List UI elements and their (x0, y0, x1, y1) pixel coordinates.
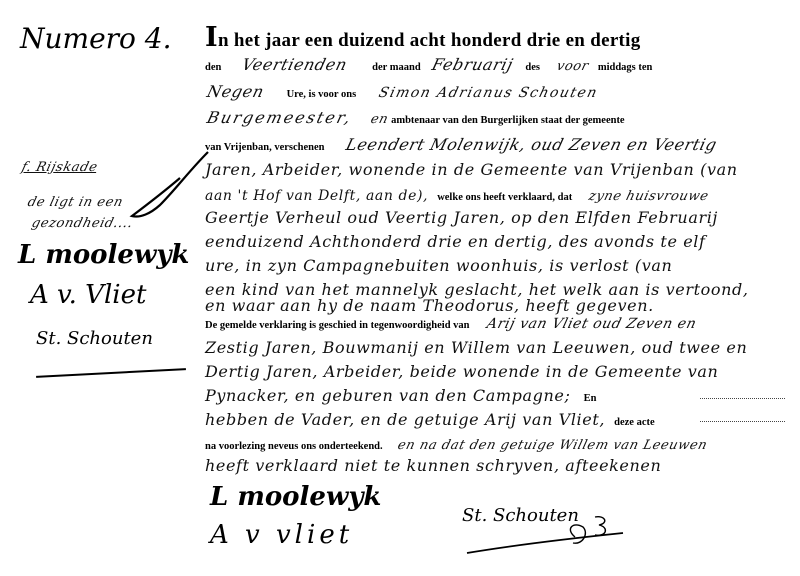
margin-annotation-line-2: gezondheid.... (30, 216, 135, 231)
body-line-17: na voorlezing neveus ons onderteekend. e… (205, 434, 705, 453)
margin-number-label: Numero 4. (20, 22, 172, 55)
body-line-1: den Veertienden der maand Februarij des … (205, 55, 652, 74)
body-line-18: heeft verklaard niet te kunnen schryven,… (205, 456, 661, 475)
print-ambtenaar: ambtenaar van den Burgerlijken staat der… (391, 115, 625, 126)
body-line-14: Dertig Jaren, Arbeider, beide wonende in… (205, 362, 718, 381)
title-initial: I (205, 22, 218, 53)
body-line-4: van Vrijenban, verschenen Leendert Molen… (205, 135, 714, 154)
body-line-2: Negen Ure, is voor ons Simon Adrianus Sc… (205, 82, 596, 101)
fill-dots-2 (700, 421, 785, 422)
hand-burgemeester: Burgemeester, (205, 108, 354, 127)
hand-signers: hebben de Vader, en de getuige Arij van … (205, 410, 605, 429)
bottom-signature-father: L moolewyk (210, 482, 381, 512)
margin-signature-2: A v. Vliet (30, 280, 146, 310)
body-line-15: Pynacker, en geburen van den Campagne; E… (205, 386, 596, 405)
print-middags: middags ten (598, 62, 653, 73)
margin-signature-1: L moolewyk (18, 240, 189, 270)
body-line-3: Burgemeester, en ambtenaar van den Burge… (205, 108, 625, 127)
body-line-5: Jaren, Arbeider, wonende in de Gemeente … (205, 160, 738, 179)
margin-brace-stroke (120, 150, 210, 230)
body-line-12: De gemelde verklaring is geschied in teg… (205, 313, 694, 332)
hand-birth-date: eenduizend Achthonderd drie en dertig, d… (205, 232, 706, 251)
hand-witness-residence: Dertig Jaren, Arbeider, beide wonende in… (205, 362, 718, 381)
print-ure: Ure, is voor ons (287, 89, 357, 100)
hand-father-details: Jaren, Arbeider, wonende in de Gemeente … (205, 160, 738, 179)
hand-voor: voor (555, 59, 590, 74)
hand-pynacker: Pynacker, en geburen van den Campagne; (205, 386, 570, 405)
hand-witness-2: Zestig Jaren, Bouwmanij en Willem van Le… (205, 338, 747, 357)
hand-official-name: Simon Adrianus Schouten (377, 85, 600, 101)
print-deze-acte: deze acte (614, 417, 655, 428)
margin-signature-3: St. Schouten (36, 328, 153, 349)
hand-witness-note: en na dat den getuige Willem van Leeuwen (396, 438, 709, 453)
hand-day: Veertienden (240, 55, 349, 74)
print-en: En (584, 393, 597, 404)
hand-mother: Geertje Verheul oud Veertig Jaren, op de… (205, 208, 718, 227)
print-verklaring: De gemelde verklaring is geschied in teg… (205, 320, 470, 331)
body-line-16: hebben de Vader, en de getuige Arij van … (205, 410, 655, 429)
body-line-13: Zestig Jaren, Bouwmanij en Willem van Le… (205, 338, 747, 357)
hand-witness-1: Arij van Vliet oud Zeven en (485, 316, 698, 332)
print-voorlezing: na voorlezing neveus ons onderteekend. (205, 441, 383, 452)
margin-annotation-title: f. Rijskade (20, 160, 99, 175)
document-title: In het jaar een duizend acht honderd dri… (205, 22, 641, 53)
number-text: Numero 4. (20, 22, 172, 55)
hand-month: Februarij (430, 55, 515, 74)
bottom-signature-witness: A v vliet (210, 520, 353, 550)
margin-signature-rule (36, 368, 186, 377)
official-flourish (465, 515, 625, 555)
body-line-8: eenduizend Achthonderd drie en dertig, d… (205, 232, 706, 251)
body-line-6: aan 't Hof van Delft, aan de), welke ons… (205, 185, 707, 204)
print-vrijenban: van Vrijenban, verschenen (205, 142, 325, 153)
hand-father: Leendert Molenwijk, oud Zeven en Veertig (344, 135, 719, 154)
hand-cannot-write: heeft verklaard niet te kunnen schryven,… (205, 456, 661, 475)
hand-huisvrouw: zyne huisvrouwe (587, 189, 710, 204)
title-text: n het jaar een duizend acht honderd drie… (218, 30, 641, 51)
print-verklaard: welke ons heeft verklaard, dat (437, 192, 572, 203)
print-den: den (205, 62, 221, 73)
hand-address: aan 't Hof van Delft, aan de), (205, 188, 428, 204)
print-der-maand: der maand (372, 62, 421, 73)
margin-annotation-line-1: de ligt in een (26, 195, 125, 210)
body-line-9: ure, in zyn Campagnebuiten woonhuis, is … (205, 256, 672, 275)
print-des: des (525, 62, 540, 73)
hand-birth-place: ure, in zyn Campagnebuiten woonhuis, is … (205, 256, 672, 275)
fill-dots-1 (700, 398, 785, 399)
body-line-7: Geertje Verheul oud Veertig Jaren, op de… (205, 208, 718, 227)
hand-en: en (369, 112, 390, 127)
hand-hour: Negen (205, 82, 266, 101)
